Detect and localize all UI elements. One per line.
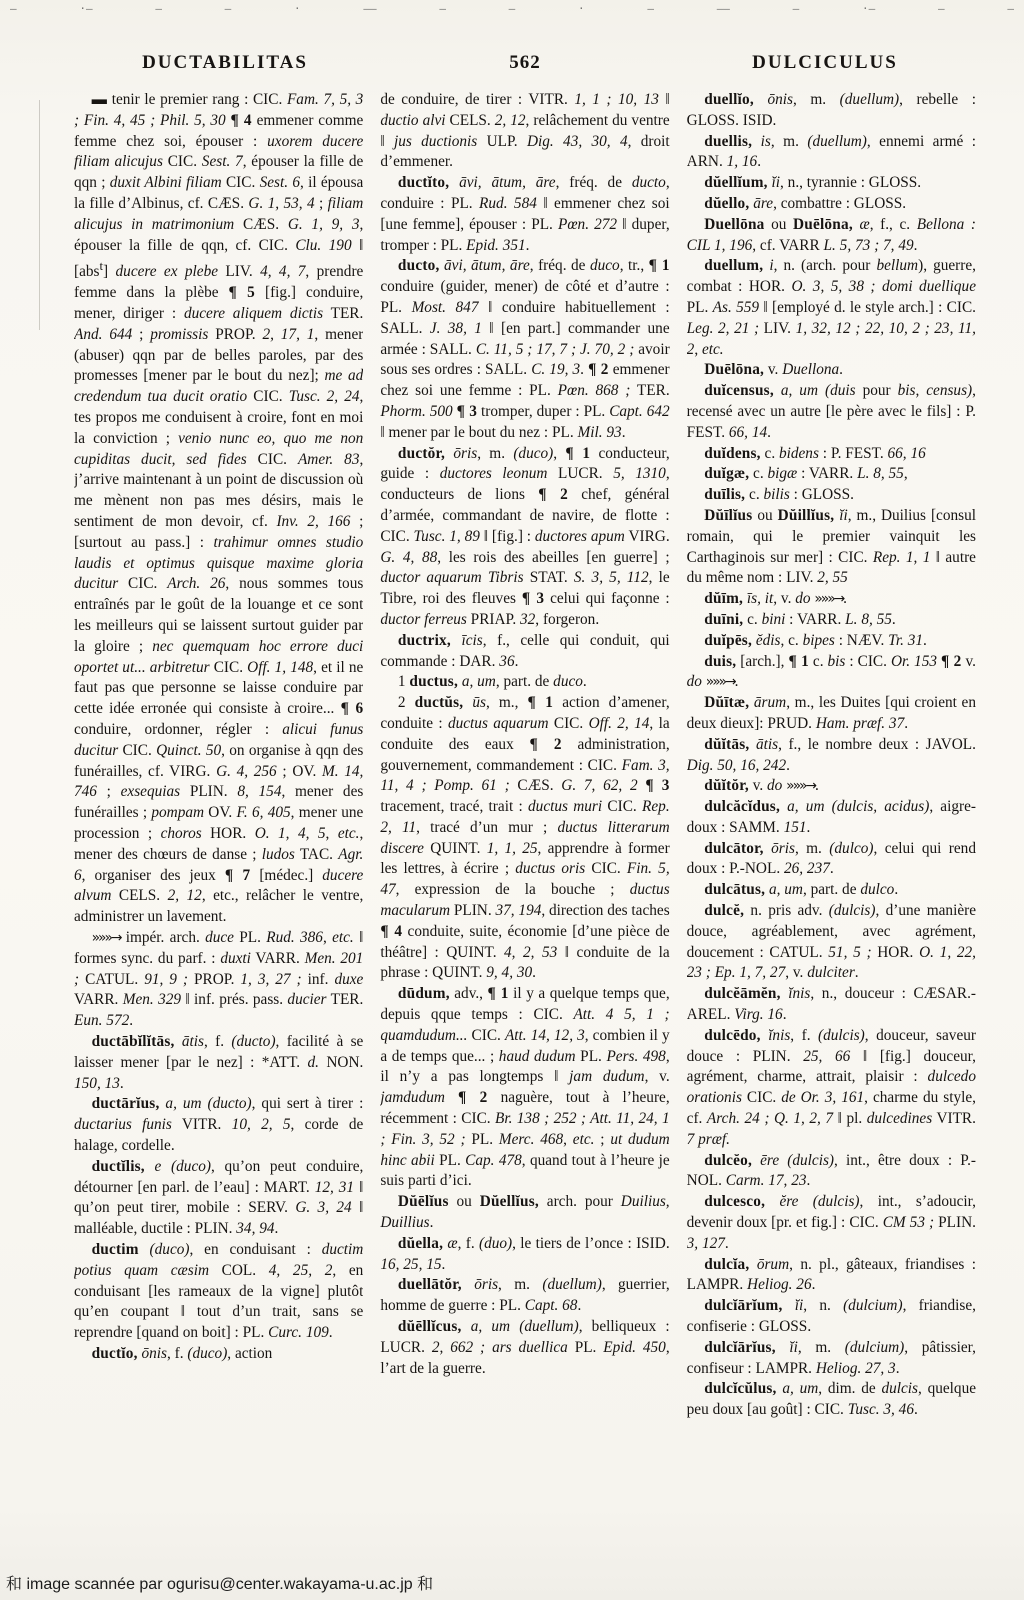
dictionary-paragraph: Dŭītæ, ārum, m., les Duites [qui croient… [687,693,976,735]
dictionary-paragraph: dŭellĭum, ĭi, n., tyrannie : GLOSS. [687,173,976,194]
dictionary-paragraph: Duellōna ou Duēlōna, æ, f., c. Bellona :… [687,215,976,257]
running-head-right: DULCICULUS [675,52,975,74]
dictionary-paragraph: Duēlōna, v. Duellona. [687,360,976,381]
scan-artifact-mark: — [938,2,945,15]
dictionary-paragraph: ductĭto, āvi, ātum, āre, fréq. de ducto,… [380,173,669,256]
dictionary-paragraph: dŭello, āre, combattre : GLOSS. [687,194,976,215]
dictionary-paragraph: dūdum, adv., ¶ 1 il y a quelque temps qu… [380,984,669,1192]
dictionary-paragraph: dulcĕo, ēre (dulcis), int., être doux : … [687,1151,976,1193]
page-header: DUCTABILITAS 562 DULCICULUS [75,52,975,74]
dictionary-paragraph: dulcĭcŭlus, a, um, dim. de dulcis, quelq… [687,1379,976,1421]
scan-artifact-mark: –– [363,2,376,15]
dictionary-paragraph: duellĭo, ōnis, m. (duellum), rebelle : G… [687,90,976,132]
dictionary-paragraph: ducto, āvi, ātum, āre, fréq. de duco, tr… [380,256,669,443]
scan-artifact-mark: – [10,2,17,15]
dictionary-paragraph: duĭpēs, ĕdis, c. bipes : NÆV. Tr. 31. [687,631,976,652]
dictionary-paragraph: dulcesco, ĕre (dulcis), int., s’adoucir,… [687,1192,976,1254]
dictionary-columns: ▬ tenir le premier rang : CIC. Fam. 7, 5… [74,90,976,1554]
scan-artifact-mark: –– [717,2,730,15]
dictionary-column-1: ▬ tenir le premier rang : CIC. Fam. 7, 5… [74,90,363,1554]
dictionary-paragraph: dŭĭtŏr, v. do »»»→. [687,776,976,797]
dictionary-paragraph: 2 ductŭs, ūs, m., ¶ 1 action d’amener, c… [380,693,669,984]
dictionary-paragraph: dulcĕāmĕn, ĭnis, n., douceur : CÆSAR.-AR… [687,984,976,1026]
dictionary-paragraph: ductrix, īcis, f., celle qui conduit, qu… [380,631,669,673]
dictionary-paragraph: duellātŏr, ōris, m. (duellum), guerrier,… [380,1275,669,1317]
dictionary-paragraph: dulcātor, ōris, m. (dulco), celui qui re… [687,839,976,881]
dictionary-paragraph: duellis, is, m. (duellum), ennemi armé :… [687,132,976,174]
running-head-left: DUCTABILITAS [75,52,375,74]
scan-artifact-mark: – [225,2,232,15]
scanned-dictionary-page: –·–—–·–––—·––––·–—– DUCTABILITAS 562 DUL… [0,0,1024,1600]
dictionary-paragraph: dulcĭa, ōrum, n. pl., gâteaux, friandise… [687,1255,976,1297]
dictionary-paragraph: dŭĭtās, ātis, f., le nombre deux : JAVOL… [687,735,976,777]
dictionary-paragraph: duis, [arch.], ¶ 1 c. bis : CIC. Or. 153… [687,652,976,694]
dictionary-paragraph: duĭgæ, c. bigæ : VARR. L. 8, 55, [687,464,976,485]
dictionary-column-2: de conduire, de tirer : VITR. 1, 1 ; 10,… [380,90,669,1554]
scan-artifact-mark: · [294,2,301,15]
scan-edge-line [39,100,40,330]
dictionary-paragraph: dulcăcĭdus, a, um (dulcis, acidus), aigr… [687,797,976,839]
dictionary-paragraph: »»»→ impér. arch. duce PL. Rud. 386, etc… [74,928,363,1032]
scan-artifact-mark: – [1007,2,1014,15]
dictionary-paragraph: duĭdens, c. bidens : P. FEST. 66, 16 [687,444,976,465]
dictionary-paragraph: dulcēdo, ĭnis, f. (dulcis), douceur, sav… [687,1026,976,1151]
scan-artifact-mark: — [155,2,162,15]
dictionary-column-3: duellĭo, ōnis, m. (duellum), rebelle : G… [687,90,976,1554]
dictionary-paragraph: de conduire, de tirer : VITR. 1, 1 ; 10,… [380,90,669,173]
dictionary-paragraph: dŭēllĭcus, a, um (duellum), belliqueux :… [380,1317,669,1379]
dictionary-paragraph: ductĭo, ōnis, f. (duco), action [74,1344,363,1365]
dictionary-paragraph: dulcĕ, n. pris adv. (dulcis), d’une mani… [687,901,976,984]
dictionary-paragraph: dŭella, æ, f. (duo), le tiers de l’once … [380,1234,669,1276]
dictionary-paragraph: ductĭlis, e (duco), qu’on peut conduire,… [74,1157,363,1240]
dictionary-paragraph: ductŏr, ōris, m. (duco), ¶ 1 conducteur,… [380,444,669,631]
dictionary-paragraph: duĭcensus, a, um (duis pour bis, census)… [687,381,976,443]
dictionary-paragraph: Dŭīlĭus ou Dŭillĭus, ĭi, m., Duilius [co… [687,506,976,589]
scan-artifact-mark: ·– [79,2,92,15]
scan-artifact-mark: – [647,2,654,15]
scan-watermark: 和 image scannée par ogurisu@center.wakay… [6,1571,433,1594]
dictionary-paragraph: dulcĭārĭum, ĭi, n. (dulcium), friandise,… [687,1296,976,1338]
page-number: 562 [375,52,675,74]
dictionary-paragraph: dulcĭārĭus, ĭi, m. (dulcium), pâtissier,… [687,1338,976,1380]
dictionary-paragraph: Dŭēlĭus ou Dŭellĭus, arch. pour Duilius,… [380,1192,669,1234]
scan-artifact-mark: · [578,2,585,15]
dictionary-paragraph: ductim (duco), en conduisant : ductim po… [74,1240,363,1344]
dictionary-paragraph: dulcātus, a, um, part. de dulco. [687,880,976,901]
dictionary-paragraph: ▬ tenir le premier rang : CIC. Fam. 7, 5… [74,90,363,928]
scan-artifact-mark: — [509,2,516,15]
dictionary-paragraph: duellum, i, n. (arch. pour bellum), guer… [687,256,976,360]
scan-artifact-mark: – [439,2,446,15]
dictionary-paragraph: duīlis, c. bilis : GLOSS. [687,485,976,506]
dictionary-paragraph: ductārĭus, a, um (ducto), qui sert à tir… [74,1094,363,1156]
dictionary-paragraph: duīni, c. bini : VARR. L. 8, 55. [687,610,976,631]
scan-artifact-mark: ·– [862,2,875,15]
dictionary-paragraph: ductābĭlĭtās, ātis, f. (ducto), facilité… [74,1032,363,1094]
dictionary-paragraph: dŭīm, īs, it, v. do »»»→. [687,589,976,610]
scan-artifact-mark: – [793,2,800,15]
dictionary-paragraph: 1 ductus, a, um, part. de duco. [380,672,669,693]
scan-edge-artifacts: –·–—–·–––—·––––·–—– [10,2,1014,15]
